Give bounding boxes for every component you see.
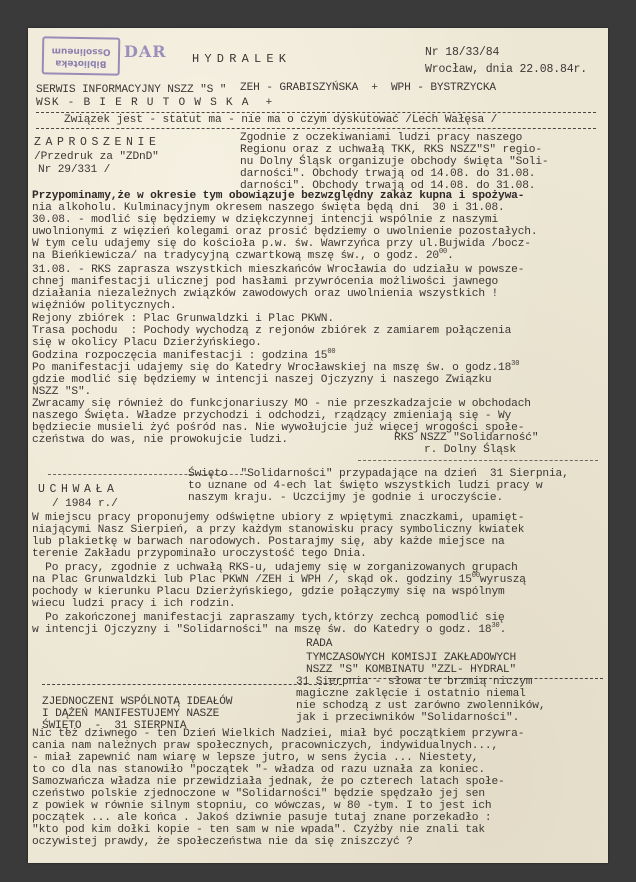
motto: Związek jest - statut ma - nie ma o czym… xyxy=(64,114,497,126)
invitation-heading: ZAPROSZENIE xyxy=(34,137,161,149)
place-date: Wrocław, dnia 22.08.84r. xyxy=(425,64,587,76)
divider xyxy=(358,460,598,461)
library-stamp: Biblioteka Ossolineum xyxy=(42,36,121,75)
invitation-signature-region: r. Dolny Śląsk xyxy=(424,444,516,456)
invitation-signature: RKS NSZZ "Solidarność" xyxy=(394,432,538,444)
newsletter-title: HYDRALEK xyxy=(192,52,291,66)
invitation-source: /Przedruk za "ZDnD" xyxy=(34,151,159,163)
issue-number: Nr 18/33/84 xyxy=(425,47,499,59)
invitation-source-number: Nr 29/331 / xyxy=(38,164,110,176)
resolution-year: / 1984 r./ xyxy=(52,498,118,510)
plants-right: ZEH - GRABISZYŃSKA + WPH - BYSTRZYCKA xyxy=(240,82,496,94)
document-page: Biblioteka Ossolineum DAR HYDRALEK Nr 18… xyxy=(28,28,608,863)
donation-stamp: DAR xyxy=(124,42,167,61)
service-name: SERWIS INFORMACYJNY NSZZ "S " xyxy=(36,84,226,96)
library-stamp-text: Biblioteka Ossolineum xyxy=(52,45,111,68)
plants-left: WSK - B I E R U T O W S K A + xyxy=(36,97,273,109)
divider xyxy=(36,112,596,113)
divider xyxy=(36,128,596,129)
resolution-heading: UCHWAŁA xyxy=(38,484,119,496)
